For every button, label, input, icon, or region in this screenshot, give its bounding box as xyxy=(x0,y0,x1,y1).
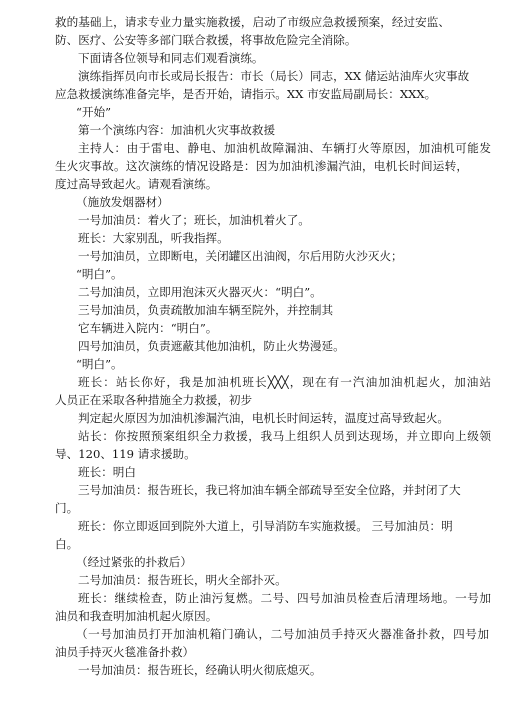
dialogue-line: 导、120、119 请求援助。 xyxy=(55,445,468,463)
dialogue-line: 一号加油员：报告班长，经确认明火彻底熄灭。 xyxy=(55,661,468,679)
text-line: 生火灾事故。这次演练的情况设路是：因为加油机渗漏汽油，电机长时间运转，温 xyxy=(55,157,468,175)
stage-direction: 油员手持灭火毯准备扑救） xyxy=(55,643,468,661)
dialogue-line: 四号加油员，负责遮蔽其他加油机，防止火势漫延。 xyxy=(55,337,468,355)
text-line: 救的基础上，请求专业力量实施救援，启动了市级应急救援预案，经过安监、消 xyxy=(55,13,450,31)
text-line: 下面请各位领导和同志们观看演练。 xyxy=(55,49,468,67)
dialogue-line: 班长：你立即返回到院外大道上，引导消防车实施救援。 三号加油员：明 xyxy=(55,517,468,535)
dialogue-line: 油员和我查明加油机起火原因。 xyxy=(55,607,468,625)
dialogue-line: 二号加油员，立即用泡沫灭火器灭火：“明白”。 xyxy=(55,283,468,301)
dialogue-line: 它车辆进入院内：“明白”。 xyxy=(55,319,468,337)
dialogue-line: 三号加油员，负责疏散加油车辆至院外，并控制其 xyxy=(55,301,468,319)
dialogue-line: 班长：明白 xyxy=(55,463,468,481)
dialogue-line: 班长：大家别乱，听我指挥。 xyxy=(55,229,468,247)
text-line: 防、医疗、公安等多部门联合救援，将事故危险完全消除。 xyxy=(55,31,468,49)
dialogue-line: 一号加油员，立即断电，关闭罐区出油阀，尔后用防火沙灭火； xyxy=(55,247,468,265)
stage-direction: （一号加油员打开加油机箱门确认，二号加油员手持灭火器准备扑救，四号加 xyxy=(55,625,489,643)
text-line: 主持人：由于雷电、静电、加油机故障漏油、车辆打火等原因，加油机可能发 xyxy=(55,139,491,157)
stage-direction: （施放发烟器材） xyxy=(55,193,468,211)
dialogue-line: 一号加油员：着火了；班长，加油机着火了。 xyxy=(55,211,468,229)
dialogue-line: 门。 xyxy=(55,499,468,517)
dialogue-line: 人员正在采取各种措施全力救援，初步 xyxy=(55,391,468,409)
dialogue-line: 白。 xyxy=(55,535,468,553)
section-heading: 第一个演练内容：加油机火灾事故救援 xyxy=(55,121,468,139)
dialogue-line: 班长：继续检查，防止油污复燃。二号、四号加油员检查后清理场地。一号加 xyxy=(55,589,491,607)
dialogue-line: 三号加油员：报告班长，我已将加油车辆全部疏导至安全位路，并封闭了大 xyxy=(55,481,468,499)
dialogue-line: “明白”。 xyxy=(55,265,468,283)
stage-direction: （经过紧张的扑救后） xyxy=(55,553,468,571)
document-page: 救的基础上，请求专业力量实施救援，启动了市级应急救援预案，经过安监、消 防、医疗… xyxy=(55,13,468,679)
dialogue-line: 班长：站长你好，我是加油机班长╳╳╳，现在有一汽油加油机起火，加油站 xyxy=(55,373,491,391)
dialogue-line: 判定起火原因为加油机渗漏汽油，电机长时间运转，温度过高导致起火。 xyxy=(55,409,468,427)
text-line: 度过高导致起火。请观看演练。 xyxy=(55,175,468,193)
dialogue-line: 二号加油员：报告班长，明火全部扑灭。 xyxy=(55,571,468,589)
text-line: “开始” xyxy=(55,103,468,121)
text-line: 演练指挥员向市长或局长报告：市长（局长）同志，XX 储运站油库火灾事故 xyxy=(55,67,468,85)
dialogue-line: 站长：你按照预案组织全力救援，我马上组织人员到达现场，并立即向上级领 xyxy=(55,427,491,445)
dialogue-line: “明白”。 xyxy=(55,355,468,373)
text-line: 应急救援演练准备完毕，是否开始，请指示。XX 市安监局副局长：XXX。 xyxy=(55,85,468,103)
